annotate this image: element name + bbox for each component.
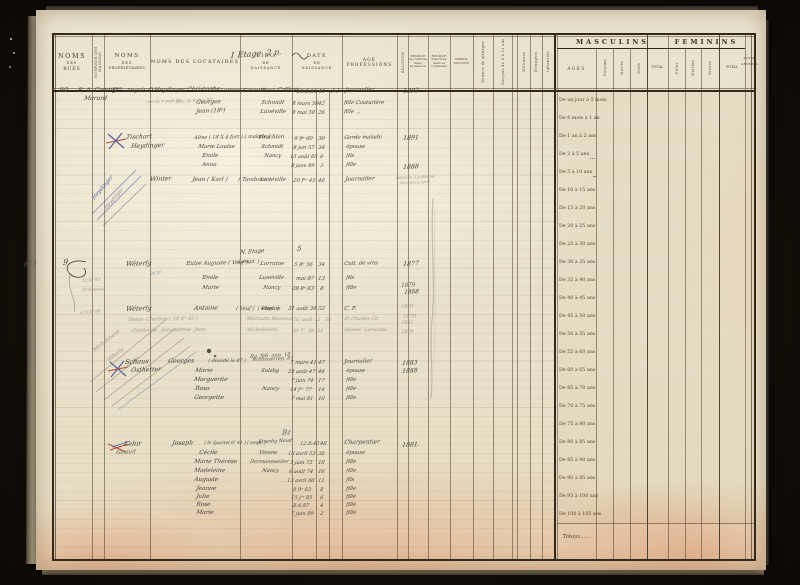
handwritten-entry: Tirschlen [258, 135, 285, 141]
handwritten-entry: 1879 [401, 283, 416, 289]
table-gridline-vertical [685, 48, 686, 559]
handwritten-entry: Julie [195, 495, 209, 501]
handwritten-entry: 1888 [404, 290, 419, 297]
handwritten-entry: 31 août 42 50 [294, 319, 332, 324]
handwritten-entry: Lunéville [259, 276, 285, 281]
header-text: NAISSANCE [302, 66, 333, 70]
header-text-vertical: Mariés [620, 50, 624, 86]
table-gridline-horizontal [52, 36, 754, 37]
handwritten-entry: fils [346, 478, 355, 483]
header-noms-des-rues: NOMS DES RUES [52, 35, 92, 88]
handwritten-entry: épouse Lamande [344, 329, 388, 334]
header-narrow-column: Infirmités [542, 35, 554, 88]
table-gridline-vertical [647, 35, 648, 559]
handwritten-entry: Rose [195, 503, 210, 509]
age-bracket-label: De 35 à 40 ans [559, 278, 595, 283]
table-gridline-vertical [745, 35, 746, 559]
age-bracket-row: De 10 à 15 ans [559, 181, 595, 199]
header-lieu-de-naissance: LIEU DE NAISSANCE [240, 35, 292, 88]
handwritten-entry: fille „ [344, 110, 361, 115]
header-subcolumn: Filles [668, 48, 685, 88]
header-text: TOTAL [651, 66, 663, 69]
handwritten-entry: Cult. de vins [344, 261, 379, 267]
handwritten-entry: 1891 [401, 305, 414, 310]
table-gridline-vertical [630, 48, 631, 559]
header-text: NOMS [115, 53, 140, 59]
header-text-vertical: Garçons [603, 50, 607, 86]
header-date-de-naissance: DATE DE NAISSANCE [292, 35, 342, 88]
handwritten-entry: Vieux Collège [260, 87, 299, 94]
header-text: TOTAL [726, 66, 738, 69]
table-gridline-vertical [530, 35, 531, 559]
handwritten-entry: 7 mars 41 [290, 361, 317, 366]
handwritten-entry: Sᵗ [112, 87, 119, 95]
table-gridline-vertical [316, 91, 317, 559]
table-gridline-horizontal [52, 33, 754, 35]
handwritten-entry: Jean ( Karl ) [191, 178, 227, 184]
handwritten-entry: Madeleine [193, 469, 225, 475]
dust-speck [9, 66, 11, 68]
header-subcolumn: Garçons [596, 48, 613, 88]
age-bracket-row: De 90 à 95 ans [559, 469, 595, 487]
handwritten-entry: 1892 [403, 88, 419, 95]
header-text: RUES [63, 67, 81, 72]
handwritten-entry: 13 avril 80 [287, 479, 315, 484]
table-gridline-horizontal [52, 559, 754, 561]
handwritten-entry: 17 [318, 379, 325, 384]
handwritten-entry: fils [346, 154, 355, 159]
header-text: NOMS DES LOCATAIRES [151, 59, 239, 65]
age-bracket-label: De 40 à 45 ans [559, 296, 595, 301]
totaux-text: Totaux...... [563, 534, 591, 540]
header-text-vertical: Veufs [637, 50, 641, 86]
table-gridline-vertical [701, 48, 702, 559]
handwritten-entry: Schaus [125, 358, 150, 365]
header-narrow-column: Nombre de ménages [473, 35, 493, 88]
handwritten-entry: 1891 [403, 135, 419, 142]
handwritten-entry: 5 [297, 245, 302, 252]
header-narrow-column: ÉPOQUEde l'entréedansla maison [408, 35, 428, 88]
handwritten-entry: Marie [194, 369, 212, 375]
header-text-vertical: Filles [675, 50, 679, 86]
header-text: la maison [410, 65, 426, 68]
handwritten-entry: 14 fᵉʳ 77 [290, 388, 312, 393]
age-bracket-label: De 85 à 90 ans [559, 458, 595, 463]
handwritten-entry: 26 [318, 111, 326, 116]
handwritten-entry: 34 [318, 263, 326, 268]
age-bracket-row: De 45 à 50 ans [559, 307, 595, 325]
handwritten-entry: fils [346, 276, 355, 281]
age-bracket-label: De 50 à 55 ans [559, 332, 595, 337]
handwritten-entry: 5 juin 73 [290, 461, 313, 466]
handwritten-entry: Marie Thérèse [193, 460, 237, 466]
header-noms-des-proprietaires: NOMS DES PROPRIÉTAIRES [104, 35, 150, 88]
scanned-census-register-page: NOMS DES RUES NUMÉROS DES MAISONS NOMS D… [0, 0, 800, 585]
handwritten-entry: 48 [320, 442, 327, 447]
handwritten-entry: Marguerite [193, 378, 227, 384]
header-text: NOMS [58, 52, 86, 60]
handwritten-entry: 15.8.51 [296, 90, 318, 96]
handwritten-entry: 9 9ᵉ 60 [294, 137, 313, 142]
handwritten-entry: 8 mai 50 [292, 111, 316, 116]
handwritten-entry: 12.8.43 [300, 442, 320, 447]
handwritten-entry: 90 [58, 87, 68, 94]
age-bracket-label: De 65 à 70 ans [559, 386, 595, 391]
handwritten-entry: C. F. [344, 307, 357, 313]
handwritten-entry: Marard [83, 96, 107, 102]
header-masculins: MASCULINS [557, 35, 668, 48]
handwritten-entry: Emile [202, 154, 219, 160]
header-text-vertical: Infirmités [546, 38, 550, 86]
handwritten-entry: Bz [282, 429, 291, 437]
age-bracket-label: De 70 à 75 ans [559, 404, 595, 409]
handwritten-entry: 34 [318, 146, 326, 151]
age-bracket-row: De 60 à 65 ans [559, 361, 595, 379]
dotted-leader [590, 149, 595, 160]
handwritten-entry: Sulzbg [261, 369, 280, 374]
table-border-vertical [55, 33, 56, 561]
handwritten-entry: Nancy [262, 387, 280, 392]
header-text-vertical: Militaires [522, 38, 526, 86]
header-text: AGES [567, 66, 585, 71]
handwritten-entry: 31 août 39 [288, 307, 317, 312]
header-text: commune [431, 65, 447, 68]
handwritten-entry: Cécile [198, 451, 217, 457]
header-subcolumn: Mariées [685, 48, 701, 88]
age-bracket-row: De 2 à 5 ans [559, 145, 595, 163]
age-bracket-row: De 55 à 60 ans [559, 343, 595, 361]
age-bracket-row: De 50 à 55 ans [559, 325, 595, 343]
header-text-vertical: NUMÉROS DES MAISONS [94, 37, 102, 87]
handwritten-entry: 52 [318, 307, 326, 312]
handwritten-entry: Nancy [264, 154, 282, 159]
header-text-vertical: Veuves [708, 50, 712, 86]
header-text: DE [262, 61, 269, 65]
age-bracket-row: De 20 à 25 ans [559, 217, 595, 235]
age-bracket-label: De 95 à 100 ans [559, 494, 598, 499]
handwritten-entry: Décès le 3 juillet 94 [396, 174, 435, 179]
age-bracket-label: De 1 an à 2 ans [559, 134, 597, 139]
handwritten-entry: Gesteil [116, 450, 136, 456]
header-narrow-column: OBSER-VATIONS [450, 35, 473, 88]
age-bracket-label: De 100 à 105 ans [559, 512, 601, 517]
age-bracket-row: De 95 à 100 ans [559, 487, 595, 505]
header-text: PROPRIÉTAIRES [109, 66, 145, 70]
table-gridline-vertical [542, 35, 543, 559]
handwritten-entry: Tischart [126, 134, 153, 141]
handwritten-entry: fille [346, 396, 357, 401]
header-text-vertical: RELIGION [401, 37, 405, 87]
handwritten-entry: 6 août 74 [289, 470, 314, 475]
handwritten-entry: 7 juin 74 [291, 379, 314, 384]
table-gridline-vertical [104, 35, 105, 559]
header-text: AGE PROFESSIONS [342, 57, 397, 67]
handwritten-entry: 1879 [403, 315, 416, 320]
handwritten-entry: Rosa [194, 387, 209, 393]
table-gridline-horizontal [557, 523, 754, 524]
header-religion: RELIGION [397, 35, 408, 88]
age-bracket-label: De 55 à 60 ans [559, 350, 595, 355]
handwritten-entry: ( décédé le 87 ) [208, 360, 247, 365]
handwritten-entry: Emile [202, 276, 219, 282]
table-gridline-vertical [493, 35, 494, 559]
handwritten-entry: 1891 [401, 322, 414, 327]
age-bracket-label: De 6 mois à 1 an [559, 116, 600, 121]
handwritten-entry: fille [346, 387, 357, 392]
header-narrow-column: Militaires [517, 35, 530, 88]
dotted-leader [593, 167, 595, 178]
header-text: MASCULINS [576, 38, 649, 46]
header-subcolumn: Veuves [701, 48, 719, 88]
age-bracket-row: De 15 à 20 ans [559, 199, 595, 217]
handwritten-entry: Lunéville [260, 178, 287, 184]
handwritten-entry: Nancy [263, 286, 281, 291]
header-text: FEMININS [675, 38, 738, 46]
age-bracket-row: De 75 à 80 ans [559, 415, 595, 433]
table-gridline-vertical [668, 35, 669, 559]
dust-speck [10, 38, 12, 40]
dust-speck [13, 52, 15, 54]
table-gridline-vertical [719, 35, 720, 559]
handwritten-entry: Vienne [261, 307, 281, 313]
age-bracket-label: De 2 à 5 ans [559, 152, 589, 157]
handwritten-entry: Nancy [262, 469, 280, 474]
header-text: DES [67, 61, 78, 65]
handwritten-entry: fille [346, 495, 357, 500]
table-gridline-vertical [473, 35, 474, 559]
header-text-vertical: Mariées [691, 50, 695, 86]
header-text-vertical: Nombre de ménages [481, 38, 485, 86]
handwritten-entry: Joseph [172, 441, 194, 448]
age-bracket-label: De 5 à 10 ans [559, 170, 592, 175]
age-bracket-row: De 65 à 70 ans [559, 379, 595, 397]
table-border-vertical [52, 33, 54, 561]
handwritten-entry: J. J. [332, 89, 341, 94]
table-gridline-vertical [408, 35, 409, 559]
handwritten-entry: Journalier [345, 87, 375, 94]
handwritten-entry: mai 87 [296, 277, 315, 282]
handwritten-entry: 47 [318, 361, 326, 366]
header-subcolumn: Mariés [613, 48, 630, 88]
table-gridline-vertical [397, 35, 398, 559]
handwritten-entry: 1879 [401, 331, 414, 336]
handwritten-entry: épouse [346, 369, 366, 374]
handwritten-entry: 9 [63, 259, 69, 268]
header-narrow-column: Étrangers [530, 35, 542, 88]
header-text: DES [122, 61, 133, 65]
age-bracket-label: De 90 à 95 ans [559, 476, 595, 481]
table-gridline-vertical [150, 35, 151, 559]
age-bracket-label: De 25 à 30 ans [559, 242, 595, 247]
handwritten-entry: 20 fᵉʳ 45 [293, 179, 316, 184]
header-text: DATE [307, 53, 327, 59]
handwritten-entry: 1888 [403, 164, 419, 171]
handwritten-entry: Michelsheim [246, 329, 278, 334]
handwritten-entry: Garde malade [344, 135, 383, 141]
handwritten-entry: Marie [202, 286, 220, 292]
age-bracket-row: De 80 à 85 ans [559, 433, 595, 451]
header-ages: AGES [557, 48, 596, 88]
handwritten-entry: 28 8ᵉ 83 [292, 287, 315, 292]
header-text-vertical: Garçons de 6 à 13 ans [501, 38, 505, 86]
handwritten-entry: 18 Nouveau [82, 287, 106, 292]
handwritten-entry: 15 août 85 [290, 155, 318, 160]
handwritten-entry: 8.4.87 [293, 504, 310, 509]
header-text: VATIONS [454, 62, 470, 65]
age-bracket-label: De 15 à 20 ans [559, 206, 595, 211]
handwritten-entry: Schmidt [261, 145, 284, 150]
handwritten-entry: Winter [150, 177, 172, 184]
handwritten-entry: 11 [318, 479, 325, 484]
age-bracket-label: De 80 à 85 ans [559, 440, 595, 445]
header-feminins: FEMININS [668, 35, 745, 48]
handwritten-entry: 42 [318, 102, 326, 107]
handwritten-entry: fille [346, 286, 357, 291]
handwritten-entry: 7 juin 89 [291, 512, 314, 517]
age-bracket-row: De 85 à 90 ans [559, 451, 595, 469]
handwritten-entry: Georgette [193, 396, 224, 402]
age-bracket-row: De 5 à 10 ans [559, 163, 595, 181]
handwritten-entry: fille [346, 378, 357, 383]
table-gridline-vertical [517, 35, 518, 559]
handwritten-entry: 13 [318, 277, 326, 282]
table-gridline-vertical [613, 48, 614, 559]
handwritten-entry: Charpentier [344, 440, 381, 446]
handwritten-entry: ⁿ Luitzen Schmidt [216, 89, 267, 95]
age-bracket-label: De 75 à 80 ans [559, 422, 595, 427]
handwritten-entry: 46 [318, 179, 326, 184]
header-subcolumn: TOTAL [647, 48, 668, 88]
handwritten-entry: 30 7ᵉ 39 52 [292, 330, 324, 335]
age-bracket-row: De 30 à 35 ans [559, 253, 595, 271]
handwritten-entry: 8 janv 89 [291, 164, 315, 169]
table-gridline-vertical [557, 35, 558, 559]
age-bracket-row: De un jour à 5 mois [559, 91, 595, 109]
handwritten-entry: 14 [318, 388, 325, 393]
handwritten-entry: Vienne [259, 451, 278, 456]
header-noms-des-locataires: NOMS DES LOCATAIRES [150, 35, 240, 88]
age-bracket-row: De 25 à 30 ans [559, 235, 595, 253]
handwritten-entry: 25 août 47 [288, 370, 316, 375]
handwritten-entry: Marie [195, 511, 213, 517]
handwritten-entry: fille [346, 469, 357, 474]
header-text: NAISSANCE [251, 66, 282, 70]
handwritten-entry: fille [346, 460, 357, 465]
handwritten-entry: Schmidt [261, 101, 285, 107]
handwritten-entry: 41 [318, 90, 326, 96]
table-gridline-vertical [92, 35, 93, 559]
handwritten-entry: St Charles Ch. [344, 318, 380, 323]
age-bracket-label: De un jour à 5 mois [559, 98, 607, 103]
age-bracket-row: De 70 à 75 ans [559, 397, 595, 415]
table-gridline-vertical [512, 35, 513, 559]
table-gridline-vertical [596, 48, 597, 559]
age-bracket-label: De 30 à 35 ans [559, 260, 595, 265]
age-bracket-row: De 100 à 105 ans [559, 505, 595, 523]
age-bracket-label: De 60 à 65 ans [559, 368, 595, 373]
handwritten-entry: Journalier [345, 176, 375, 183]
handwritten-entry: 1877 [403, 261, 419, 268]
age-bracket-row: De 1 an à 2 ans [559, 127, 595, 145]
header-numeros-des-maisons: NUMÉROS DES MAISONS [92, 35, 104, 88]
age-bracket-row: De 40 à 45 ans [559, 289, 595, 307]
handwritten-entry: 30 [318, 137, 326, 142]
table-border-vertical [754, 33, 756, 561]
header-age-professions: AGE PROFESSIONS [342, 35, 397, 88]
handwritten-entry: Auguste [193, 478, 218, 484]
handwritten-entry: 38 [318, 452, 325, 457]
age-bracket-label: De 10 à 15 ans [559, 188, 595, 193]
table-gridline-vertical [428, 35, 429, 559]
handwritten-entry: Maircatte Receveur [246, 318, 295, 323]
handwritten-entry: fille [346, 487, 357, 492]
handwritten-entry: fille [346, 511, 357, 516]
handwritten-entry: Antoine [194, 306, 219, 312]
header-subcolumn: TOTAL [719, 48, 745, 88]
header-text-vertical: Étrangers [534, 38, 538, 86]
handwritten-entry: Jean (18ᵇ) [196, 108, 226, 115]
handwritten-entry: 8 9ᵉ 83 [293, 488, 312, 493]
handwritten-entry: épouse [346, 451, 366, 456]
handwritten-entry: 7 mai 81 [291, 397, 314, 402]
table-border-vertical [751, 33, 752, 561]
age-bracket-row: De 35 à 40 ans [559, 271, 595, 289]
handwritten-entry: Anna [202, 163, 217, 169]
age-bracket-row: De 6 mois à 1 an [559, 109, 595, 127]
handwritten-entry: ( empl. ) [238, 260, 260, 265]
age-bracket-label: De 20 à 25 ans [559, 224, 595, 229]
handwritten-entry: Jeanne [195, 487, 216, 493]
handwritten-entry: 44 [318, 370, 325, 375]
handwritten-entry: Anguis O'Heydinger Christophe [126, 87, 221, 94]
handwritten-entry: 16 [318, 470, 325, 475]
handwritten-entry: 5 8ᵉ 56 [294, 263, 313, 268]
handwritten-entry: Journalier [344, 359, 373, 365]
table-gridline-vertical [554, 35, 556, 559]
table-gridline-vertical [450, 35, 451, 559]
header-text: DE [313, 61, 320, 65]
handwritten-entry: fille [346, 163, 357, 168]
handwritten-entry: Lehir [124, 440, 142, 447]
handwritten-entry: Lunéville [260, 110, 287, 116]
handwritten-entry: Georges [196, 100, 221, 107]
age-bracket-label: De 45 à 50 ans [559, 314, 595, 319]
handwritten-entry: Georges [168, 359, 195, 366]
handwritten-entry: Wéterly [126, 305, 152, 312]
handwritten-entry: épouse [346, 145, 366, 150]
totaux-row-label: Totaux...... [557, 528, 596, 546]
handwritten-entry: 8 jan 57 [293, 146, 315, 151]
header-narrow-column: Garçons de 6 à 13 ans [493, 35, 512, 88]
handwritten-entry: Wéterly [126, 260, 152, 267]
handwritten-entry: 15 jᵉʳ 85 [291, 496, 313, 501]
handwritten-entry: 8 mars 50 [292, 102, 319, 107]
handwritten-entry: fille Couturière [344, 101, 385, 106]
table-gridline-vertical [240, 35, 241, 559]
handwritten-entry: 10 [318, 397, 325, 402]
header-subcolumn: Veufs [630, 48, 647, 88]
handwritten-entry: 13 avril 53 [288, 452, 316, 457]
handwritten-entry: Lorraine [260, 262, 285, 268]
table-gridline-vertical [329, 91, 330, 559]
handwritten-entry: Marie Louise [198, 145, 236, 151]
handwritten-entry: 18 [318, 461, 325, 466]
handwritten-entry: fille [346, 503, 357, 508]
handwritten-entry: ( le Quartel 6ᵇ 41 ) ( empl. ) [204, 442, 266, 446]
header-narrow-column: ÉPOQUEd'arrivéedans lacommune [428, 35, 450, 88]
handwritten-entry: Dermansweiler [250, 460, 290, 465]
